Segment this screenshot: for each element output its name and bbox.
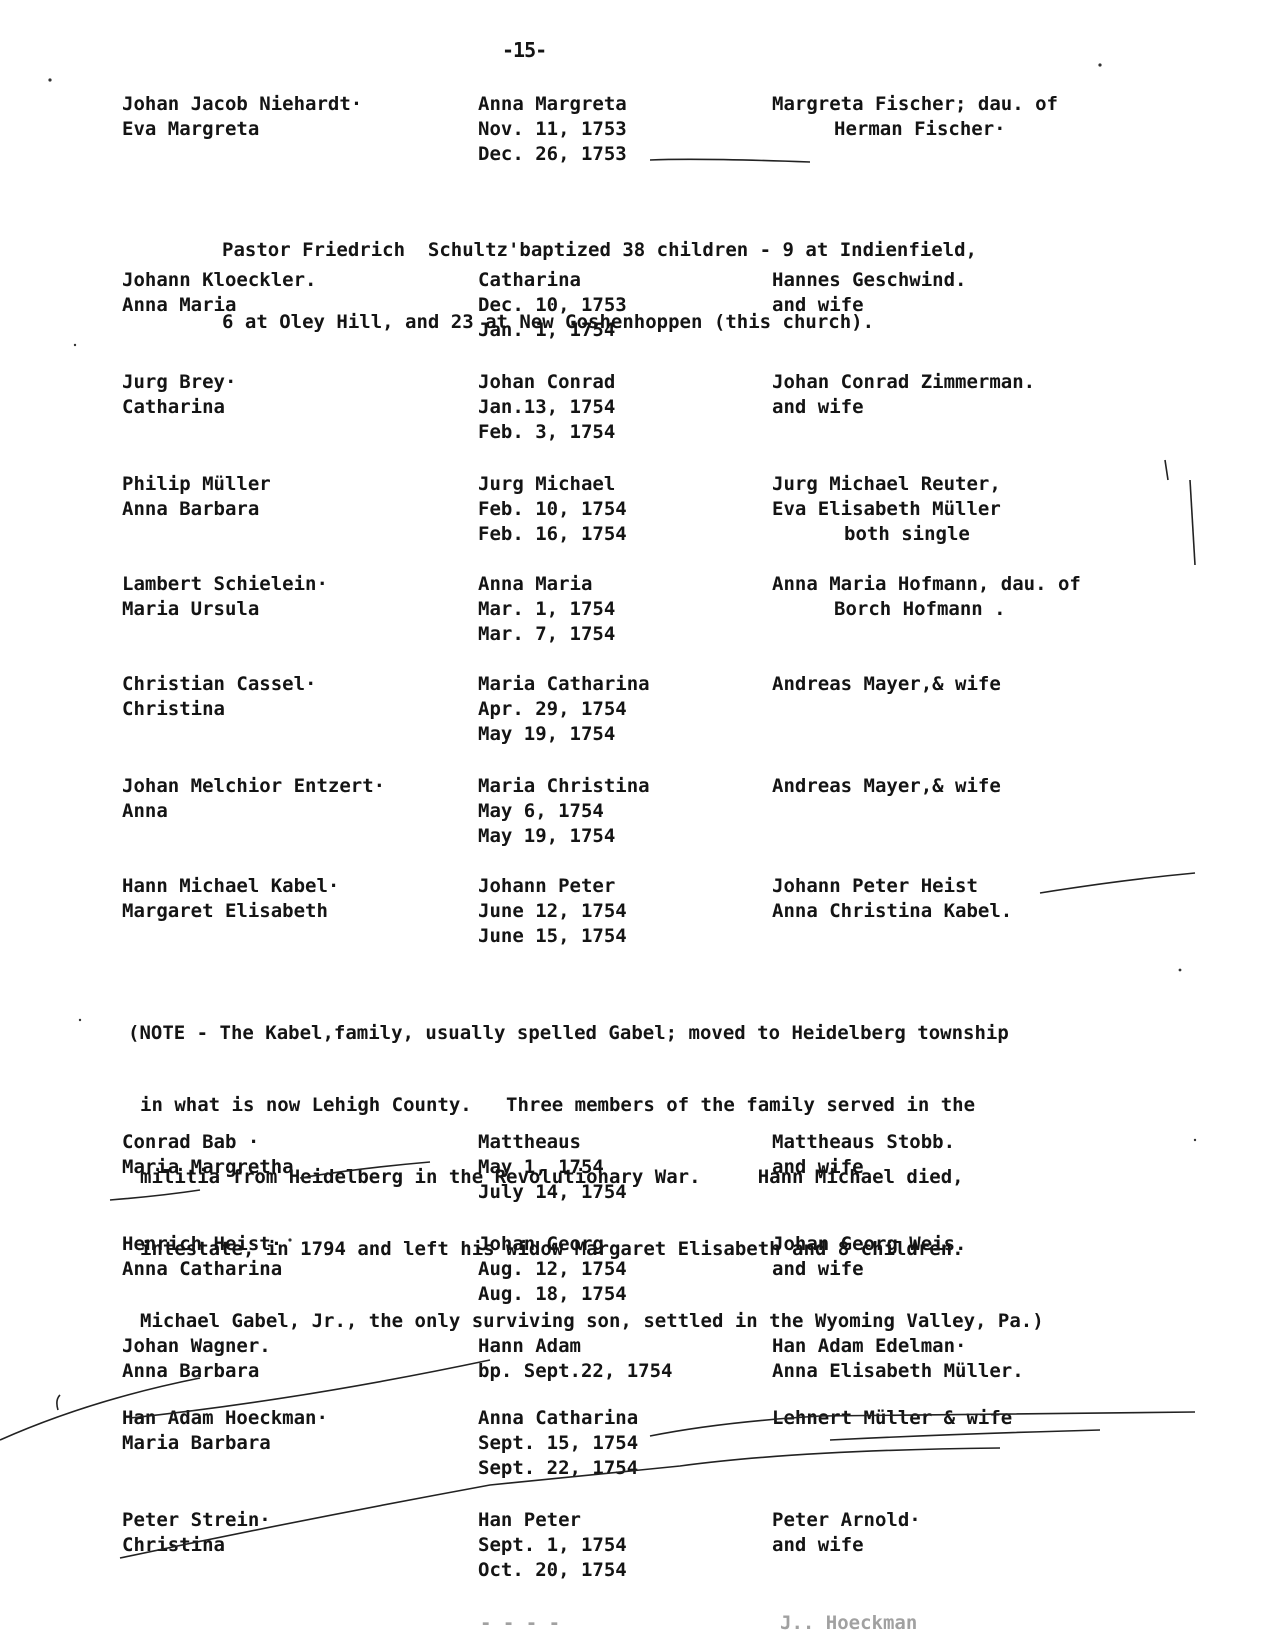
father-name: Peter Strein·: [122, 1508, 271, 1533]
date: Aug. 18, 1754: [478, 1282, 627, 1307]
baptism-record: Johan Melchior Entzert·AnnaMaria Christi…: [0, 774, 1275, 854]
sponsors-column: Johann Peter HeistAnna Christina Kabel.: [772, 874, 1012, 924]
father-name: Johan Jacob Niehardt·: [122, 92, 362, 117]
sponsor-line: Andreas Mayer,& wife: [772, 672, 1001, 697]
parents-column: Han Adam Hoeckman·Maria Barbara: [122, 1406, 328, 1456]
sponsor-line: and wife: [772, 395, 1035, 420]
sponsors-column: Mattheaus Stobb.and wife: [772, 1130, 955, 1180]
child-dates-column: Anna MargretaNov. 11, 1753Dec. 26, 1753: [478, 92, 627, 167]
father-name: Han Adam Hoeckman·: [122, 1406, 328, 1431]
baptism-record: Hann Michael Kabel·Margaret ElisabethJoh…: [0, 874, 1275, 954]
child-name: Johan Georg: [478, 1232, 627, 1257]
sponsors-column: Peter Arnold·and wife: [772, 1508, 921, 1558]
father-name: Conrad Bab ·: [122, 1130, 294, 1155]
child-dates-column: Anna CatharinaSept. 15, 1754Sept. 22, 17…: [478, 1406, 638, 1481]
sponsor-line: Mattheaus Stobb.: [772, 1130, 955, 1155]
sponsor-line: Borch Hofmann .: [772, 597, 1081, 622]
parents-column: Johan Wagner.Anna Barbara: [122, 1334, 271, 1384]
child-dates-column: Maria ChristinaMay 6, 1754May 19, 1754: [478, 774, 650, 849]
date: June 15, 1754: [478, 924, 627, 949]
date: Aug. 12, 1754: [478, 1257, 627, 1282]
baptism-record: Johann Kloeckler.Anna MariaCatharinaDec.…: [0, 268, 1275, 348]
sponsor-line: Peter Arnold·: [772, 1508, 921, 1533]
mother-name: Eva Margreta: [122, 117, 362, 142]
date: May 19, 1754: [478, 824, 650, 849]
parents-column: Philip MüllerAnna Barbara: [122, 472, 271, 522]
baptism-record: Johan Wagner.Anna BarbaraHann Adambp. Se…: [0, 1334, 1275, 1414]
child-name: Anna Catharina: [478, 1406, 638, 1431]
parents-column: Henrich Heist·Anna Catharina: [122, 1232, 282, 1282]
child-name: Catharina: [478, 268, 627, 293]
date: Apr. 29, 1754: [478, 697, 650, 722]
date: bp. Sept.22, 1754: [478, 1359, 672, 1384]
date: May 19, 1754: [478, 722, 650, 747]
sponsor-line: and wife: [772, 1257, 966, 1282]
father-name: Johan Wagner.: [122, 1334, 271, 1359]
sponsor-line: both single: [772, 522, 1001, 547]
child-name: Hann Adam: [478, 1334, 672, 1359]
date: May 1, 1754: [478, 1155, 627, 1180]
child-name: Johan Conrad: [478, 370, 615, 395]
child-name: Jurg Michael: [478, 472, 627, 497]
mother-name: Maria Ursula: [122, 597, 328, 622]
date: June 12, 1754: [478, 899, 627, 924]
mother-name: Anna Maria: [122, 293, 316, 318]
child-dates-column: Han PeterSept. 1, 1754Oct. 20, 1754: [478, 1508, 627, 1583]
baptism-record: Johan Jacob Niehardt·Eva MargretaAnna Ma…: [0, 92, 1275, 172]
sponsors-column: Andreas Mayer,& wife: [772, 774, 1001, 799]
sponsor-line: and wife: [772, 1155, 955, 1180]
sponsor-line: Anna Elisabeth Müller.: [772, 1359, 1024, 1384]
sponsor-line: Herman Fischer·: [772, 117, 1058, 142]
child-name: Anna Maria: [478, 572, 615, 597]
date: Sept. 1, 1754: [478, 1533, 627, 1558]
father-name: Jurg Brey·: [122, 370, 236, 395]
father-name: Henrich Heist·: [122, 1232, 282, 1257]
sponsor-line: Hannes Geschwind.: [772, 268, 966, 293]
mother-name: Christina: [122, 697, 316, 722]
father-name: Lambert Schielein·: [122, 572, 328, 597]
page-number: -15-: [502, 38, 546, 62]
sponsors-column: Margreta Fischer; dau. ofHerman Fischer·: [772, 92, 1058, 142]
baptism-record: Christian Cassel·ChristinaMaria Catharin…: [0, 672, 1275, 752]
sponsor-line: Han Adam Edelman·: [772, 1334, 1024, 1359]
child-name: Maria Catharina: [478, 672, 650, 697]
child-name: Anna Margreta: [478, 92, 627, 117]
baptism-record: Conrad Bab ·Maria MargrethaMattheausMay …: [0, 1130, 1275, 1210]
sponsor-line: Lehnert Müller & wife: [772, 1406, 1012, 1431]
date: Sept. 22, 1754: [478, 1456, 638, 1481]
sponsor-line: Johan Conrad Zimmerman.: [772, 370, 1035, 395]
parents-column: Hann Michael Kabel·Margaret Elisabeth: [122, 874, 339, 924]
mother-name: Maria Margretha: [122, 1155, 294, 1180]
date: Dec. 10, 1753: [478, 293, 627, 318]
child-dates-column: MattheausMay 1, 1754July 14, 1754: [478, 1130, 627, 1205]
note-line: Michael Gabel, Jr., the only surviving s…: [128, 1309, 1044, 1333]
date: Jan.13, 1754: [478, 395, 615, 420]
child-name: Mattheaus: [478, 1130, 627, 1155]
date: May 6, 1754: [478, 799, 650, 824]
child-name: Maria Christina: [478, 774, 650, 799]
sponsor-line: Anna Christina Kabel.: [772, 899, 1012, 924]
father-name: Christian Cassel·: [122, 672, 316, 697]
father-name: Philip Müller: [122, 472, 271, 497]
parents-column: Peter Strein·Christina: [122, 1508, 271, 1558]
sponsors-column: Johan Georg Weis.and wife: [772, 1232, 966, 1282]
baptism-record: Peter Strein·ChristinaHan PeterSept. 1, …: [0, 1508, 1275, 1588]
father-name: Hann Michael Kabel·: [122, 874, 339, 899]
sponsors-column: Johan Conrad Zimmerman.and wife: [772, 370, 1035, 420]
cut-off-text: - - - -: [480, 1612, 560, 1634]
parents-column: Johan Melchior Entzert·Anna: [122, 774, 385, 824]
sponsors-column: Lehnert Müller & wife: [772, 1406, 1012, 1431]
sponsor-line: Margreta Fischer; dau. of: [772, 92, 1058, 117]
baptism-record: Lambert Schielein·Maria UrsulaAnna Maria…: [0, 572, 1275, 652]
parents-column: Johan Jacob Niehardt·Eva Margreta: [122, 92, 362, 142]
mother-name: Margaret Elisabeth: [122, 899, 339, 924]
child-dates-column: CatharinaDec. 10, 1753Jan. 1, 1754: [478, 268, 627, 343]
child-dates-column: Johan ConradJan.13, 1754Feb. 3, 1754: [478, 370, 615, 445]
sponsor-line: and wife: [772, 1533, 921, 1558]
cut-off-text: J.. Hoeckman: [780, 1612, 917, 1634]
mother-name: Anna Barbara: [122, 1359, 271, 1384]
document-page: -15- Johan Jacob Niehardt·Eva MargretaAn…: [0, 0, 1275, 1650]
date: Mar. 7, 1754: [478, 622, 615, 647]
note-line: in what is now Lehigh County. Three memb…: [128, 1093, 1044, 1117]
child-dates-column: Jurg MichaelFeb. 10, 1754Feb. 16, 1754: [478, 472, 627, 547]
father-name: Johann Kloeckler.: [122, 268, 316, 293]
sponsor-line: Johan Georg Weis.: [772, 1232, 966, 1257]
parents-column: Lambert Schielein·Maria Ursula: [122, 572, 328, 622]
mother-name: Anna Barbara: [122, 497, 271, 522]
mother-name: Christina: [122, 1533, 271, 1558]
sponsor-line: Johann Peter Heist: [772, 874, 1012, 899]
note-line: (NOTE - The Kabel,family, usually spelle…: [128, 1021, 1044, 1045]
child-name: Han Peter: [478, 1508, 627, 1533]
child-dates-column: Anna MariaMar. 1, 1754Mar. 7, 1754: [478, 572, 615, 647]
child-dates-column: Maria CatharinaApr. 29, 1754May 19, 1754: [478, 672, 650, 747]
sponsor-line: Eva Elisabeth Müller: [772, 497, 1001, 522]
date: Feb. 10, 1754: [478, 497, 627, 522]
pastor-note-line: Pastor Friedrich Schultz'baptized 38 chi…: [222, 238, 977, 262]
sponsors-column: Andreas Mayer,& wife: [772, 672, 1001, 697]
child-dates-column: Hann Adambp. Sept.22, 1754: [478, 1334, 672, 1384]
date: Feb. 16, 1754: [478, 522, 627, 547]
date: Feb. 3, 1754: [478, 420, 615, 445]
date: Oct. 20, 1754: [478, 1558, 627, 1583]
baptism-record: Jurg Brey·CatharinaJohan ConradJan.13, 1…: [0, 370, 1275, 450]
date: July 14, 1754: [478, 1180, 627, 1205]
date: Sept. 15, 1754: [478, 1431, 638, 1456]
baptism-record: Philip MüllerAnna BarbaraJurg MichaelFeb…: [0, 472, 1275, 552]
sponsors-column: Jurg Michael Reuter,Eva Elisabeth Müller…: [772, 472, 1001, 547]
sponsor-line: and wife: [772, 293, 966, 318]
child-dates-column: Johann PeterJune 12, 1754June 15, 1754: [478, 874, 627, 949]
mother-name: Maria Barbara: [122, 1431, 328, 1456]
sponsors-column: Han Adam Edelman·Anna Elisabeth Müller.: [772, 1334, 1024, 1384]
sponsors-column: Hannes Geschwind.and wife: [772, 268, 966, 318]
sponsor-line: Andreas Mayer,& wife: [772, 774, 1001, 799]
parents-column: Christian Cassel·Christina: [122, 672, 316, 722]
date: Jan. 1, 1754: [478, 318, 627, 343]
parents-column: Jurg Brey·Catharina: [122, 370, 236, 420]
baptism-record: Henrich Heist·Anna CatharinaJohan GeorgA…: [0, 1232, 1275, 1312]
date: Nov. 11, 1753: [478, 117, 627, 142]
sponsor-line: Jurg Michael Reuter,: [772, 472, 1001, 497]
baptism-record: Han Adam Hoeckman·Maria BarbaraAnna Cath…: [0, 1406, 1275, 1486]
mother-name: Anna Catharina: [122, 1257, 282, 1282]
parents-column: Conrad Bab ·Maria Margretha: [122, 1130, 294, 1180]
parents-column: Johann Kloeckler.Anna Maria: [122, 268, 316, 318]
date: Dec. 26, 1753: [478, 142, 627, 167]
sponsor-line: Anna Maria Hofmann, dau. of: [772, 572, 1081, 597]
mother-name: Catharina: [122, 395, 236, 420]
child-name: Johann Peter: [478, 874, 627, 899]
sponsors-column: Anna Maria Hofmann, dau. ofBorch Hofmann…: [772, 572, 1081, 622]
date: Mar. 1, 1754: [478, 597, 615, 622]
mother-name: Anna: [122, 799, 385, 824]
child-dates-column: Johan GeorgAug. 12, 1754Aug. 18, 1754: [478, 1232, 627, 1307]
father-name: Johan Melchior Entzert·: [122, 774, 385, 799]
